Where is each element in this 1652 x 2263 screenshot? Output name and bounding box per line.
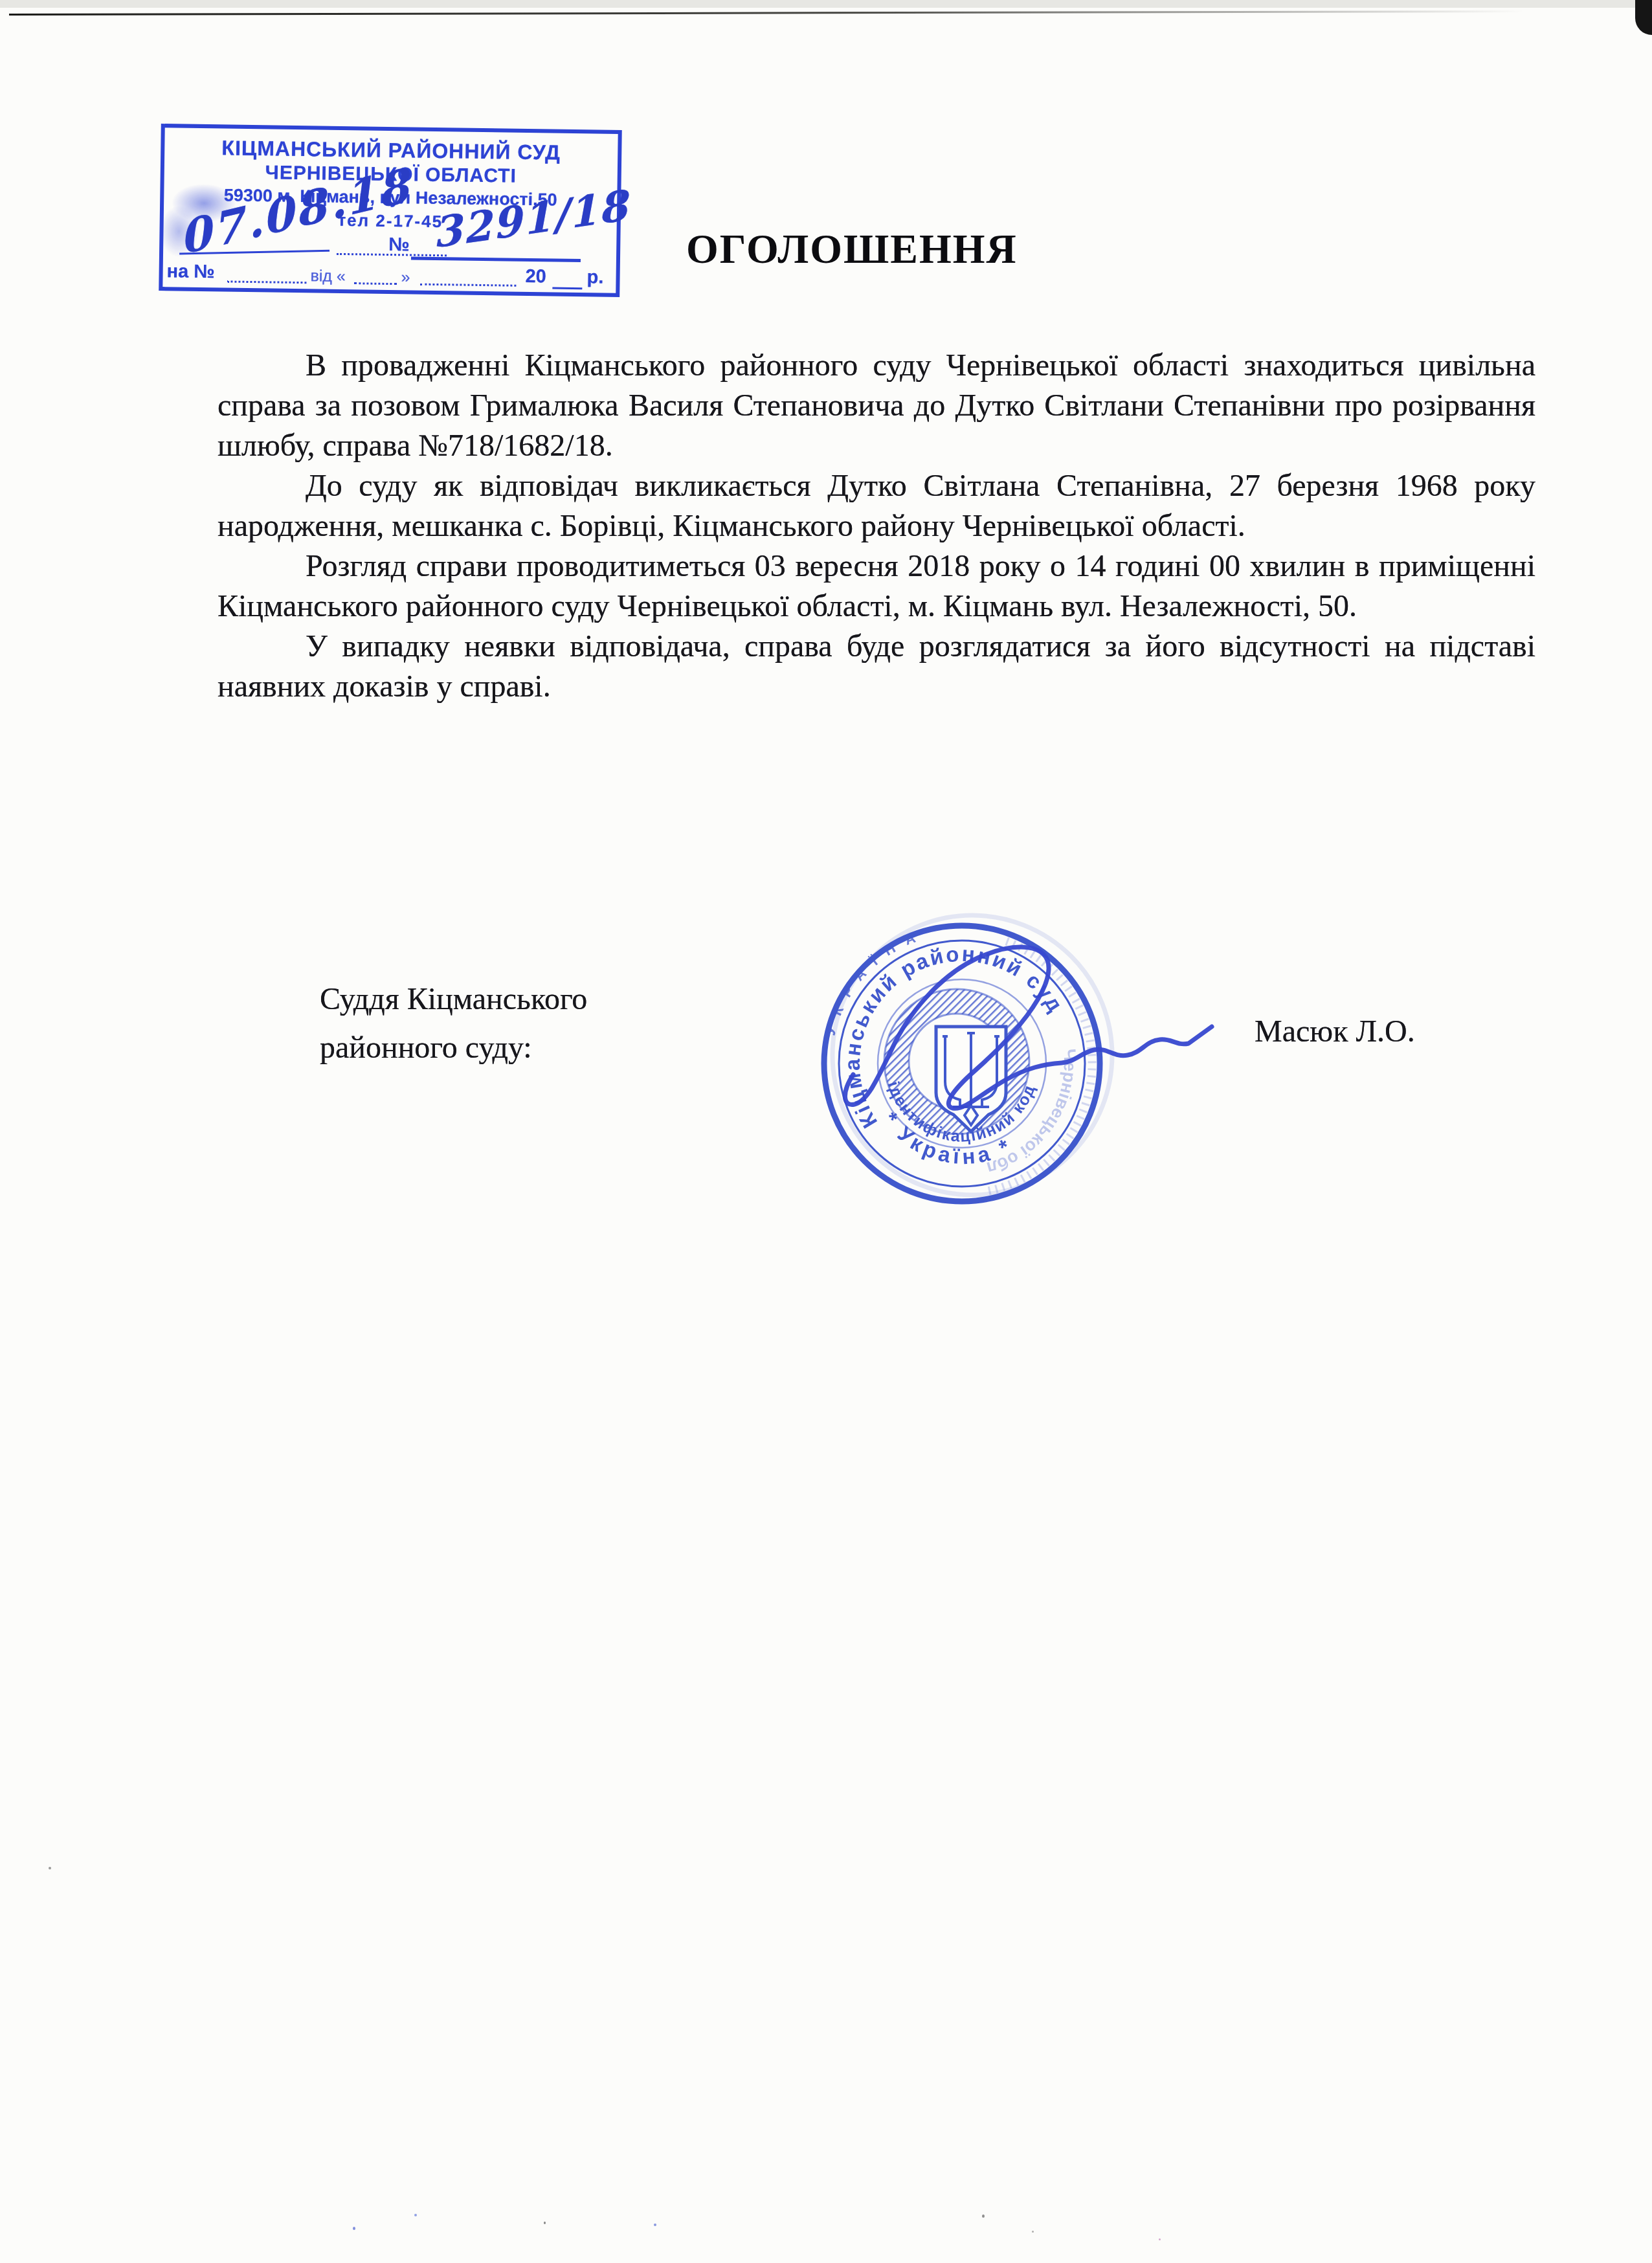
scanned-court-document: КІЦМАНСЬКИЙ РАЙОННИЙ СУД ЧЕРНІВЕЦЬКОЇ ОБ…: [0, 0, 1652, 2263]
judge-name: Масюк Л.О.: [1255, 1014, 1415, 1049]
stamp-year-suffix: р.: [586, 267, 603, 288]
judge-title-line1: Суддя Кіцманського: [320, 975, 587, 1023]
document-body: В провадженні Кіцманського районного суд…: [218, 346, 1535, 707]
scan-speck: [654, 2224, 656, 2226]
paragraph-hearing: Розгляд справи проводитиметься 03 вересн…: [218, 546, 1535, 627]
scan-speck: [353, 2227, 355, 2230]
scan-speck: [1159, 2238, 1161, 2240]
scan-speck: [982, 2214, 985, 2218]
court-seal-graphic: УКРАЇНА Кіцманський районний суд Черніве…: [744, 879, 1236, 1267]
scan-edge-band: [0, 0, 1652, 8]
scan-corner-shadow: [1635, 0, 1652, 35]
incoming-registration-stamp: КІЦМАНСЬКИЙ РАЙОННИЙ СУД ЧЕРНІВЕЦЬКОЇ ОБ…: [159, 124, 622, 297]
paragraph-case-info: В провадженні Кіцманського районного суд…: [218, 346, 1535, 466]
paragraph-absence-warning: У випадку неявки відповідача, справа буд…: [218, 627, 1535, 707]
stamp-number-label: №: [388, 234, 410, 256]
scan-speck: [544, 2222, 546, 2224]
paragraph-summons: До суду як відповідач викликається Дутко…: [218, 466, 1535, 546]
stamp-dotted-line: [337, 253, 447, 256]
judge-title: Суддя Кіцманського районного суду:: [320, 975, 587, 1072]
stamp-dotted-line: [420, 284, 516, 287]
stamp-year-line: [552, 287, 582, 290]
scan-speck: [414, 2214, 417, 2216]
document-title: ОГОЛОШЕННЯ: [686, 225, 1018, 273]
scan-edge-line: [9, 10, 1524, 16]
judge-title-line2: районного суду:: [320, 1023, 587, 1072]
court-seal: УКРАЇНА Кіцманський районний суд Черніве…: [744, 879, 1236, 1267]
stamp-dotted-line: [354, 282, 397, 285]
stamp-dotted-line: [227, 280, 306, 284]
stamp-from-label: від «: [310, 267, 346, 286]
scan-speck: [1032, 2231, 1034, 2233]
stamp-year-prefix: 20: [525, 266, 546, 287]
stamp-number-line: [411, 256, 581, 262]
stamp-incoming-number-label: на №: [166, 261, 214, 283]
stamp-quote-close: »: [401, 268, 410, 287]
scan-speck: [49, 1867, 51, 1869]
